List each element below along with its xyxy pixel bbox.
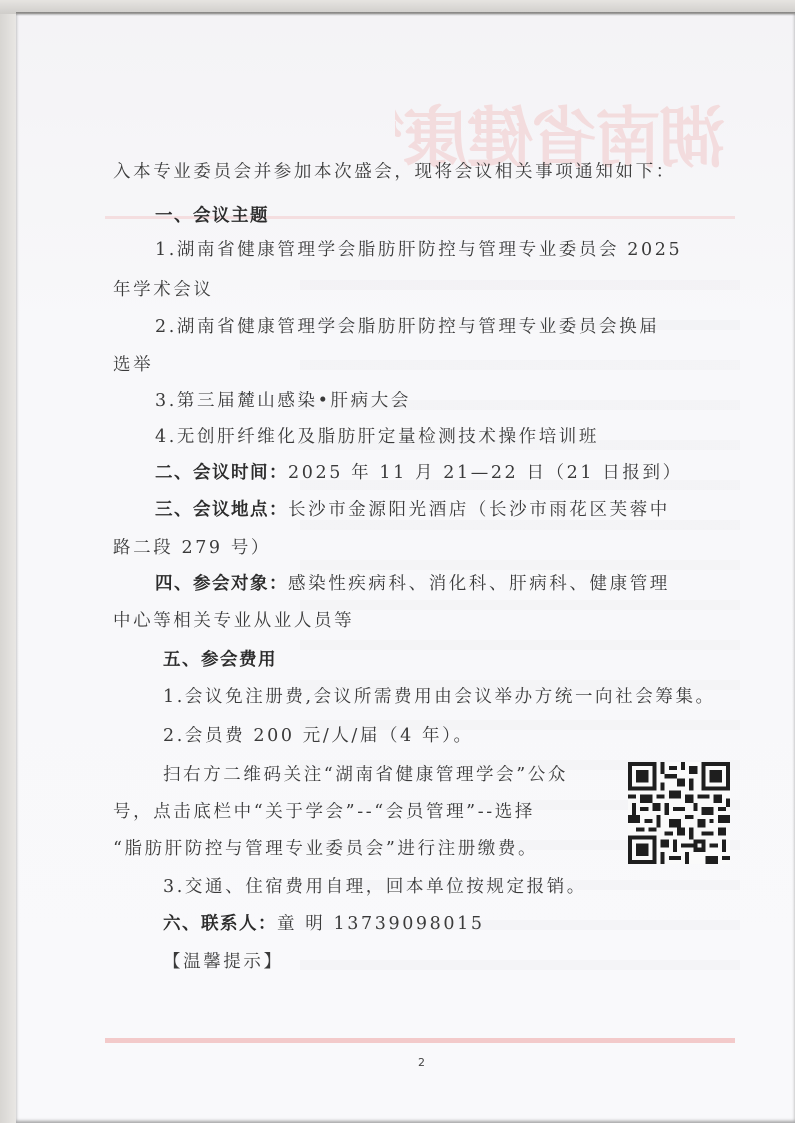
qr-note-line1: 扫右方二维码关注“湖南省健康管理学会”公众 [163, 763, 568, 787]
section-attendees: 四、参会对象：感染性疾病科、消化科、肝病科、健康管理 [155, 572, 670, 596]
fee-item-1: 1.会议免注册费,会议所需费用由会议举办方统一向社会筹集。 [163, 685, 716, 709]
section-heading-time: 二、会议时间： [155, 463, 288, 483]
section-contact: 六、联系人：童 明 13739098015 [163, 912, 485, 936]
theme-item-2-line1: 2.湖南省健康管理学会脂肪肝防控与管理专业委员会换届 [155, 315, 659, 339]
section-time: 二、会议时间：2025 年 11 月 21—22 日（21 日报到） [155, 461, 683, 485]
theme-item-2-line2: 选举 [113, 353, 153, 377]
location-value-line2: 路二段 279 号） [113, 536, 271, 560]
theme-item-1-line2: 年学术会议 [113, 278, 214, 302]
theme-item-1-line1: 1.湖南省健康管理学会脂肪肝防控与管理专业委员会 2025 [155, 238, 682, 262]
theme-item-4: 4.无创肝纤维化及脂肪肝定量检测技术操作培训班 [155, 425, 599, 449]
fee-item-3: 3.交通、住宿费用自理，回本单位按规定报销。 [163, 875, 587, 899]
page-edge-shadow [16, 12, 795, 16]
section-heading-theme: 一、会议主题 [155, 204, 269, 228]
section-location: 三、会议地点：长沙市金源阳光酒店（长沙市雨花区芙蓉中 [155, 498, 670, 522]
bleed-through-rule-bottom [105, 1038, 735, 1043]
meeting-time-value: 2025 年 11 月 21—22 日（21 日报到） [288, 463, 683, 483]
section-heading-fees: 五、参会费用 [163, 648, 277, 672]
theme-item-3: 3.第三届麓山感染•肝病大会 [155, 389, 411, 413]
intro-continuation: 入本专业委员会并参加本次盛会，现将会议相关事项通知如下： [113, 160, 676, 184]
qr-note-line3: “脂肪肝防控与管理专业委员会”进行注册缴费。 [113, 837, 538, 861]
tips-label: 【温馨提示】 [163, 950, 284, 974]
section-heading-attendees: 四、参会对象： [155, 574, 288, 594]
scan-border-left [0, 0, 16, 1123]
section-heading-contact: 六、联系人： [163, 914, 277, 934]
section-heading-location: 三、会议地点： [155, 500, 288, 520]
contact-value: 童 明 13739098015 [277, 914, 485, 934]
qr-code-icon[interactable] [628, 762, 730, 864]
qr-note-line2: 号，点击底栏中“关于学会”--“会员管理”--选择 [113, 800, 535, 824]
location-value-line1: 长沙市金源阳光酒店（长沙市雨花区芙蓉中 [288, 500, 670, 520]
page-number: 2 [418, 1056, 425, 1069]
fee-item-2: 2.会员费 200 元/人/届（4 年）。 [163, 724, 474, 748]
attendees-value-line2: 中心等相关专业从业人员等 [113, 609, 354, 633]
attendees-value-line1: 感染性疾病科、消化科、肝病科、健康管理 [288, 574, 670, 594]
